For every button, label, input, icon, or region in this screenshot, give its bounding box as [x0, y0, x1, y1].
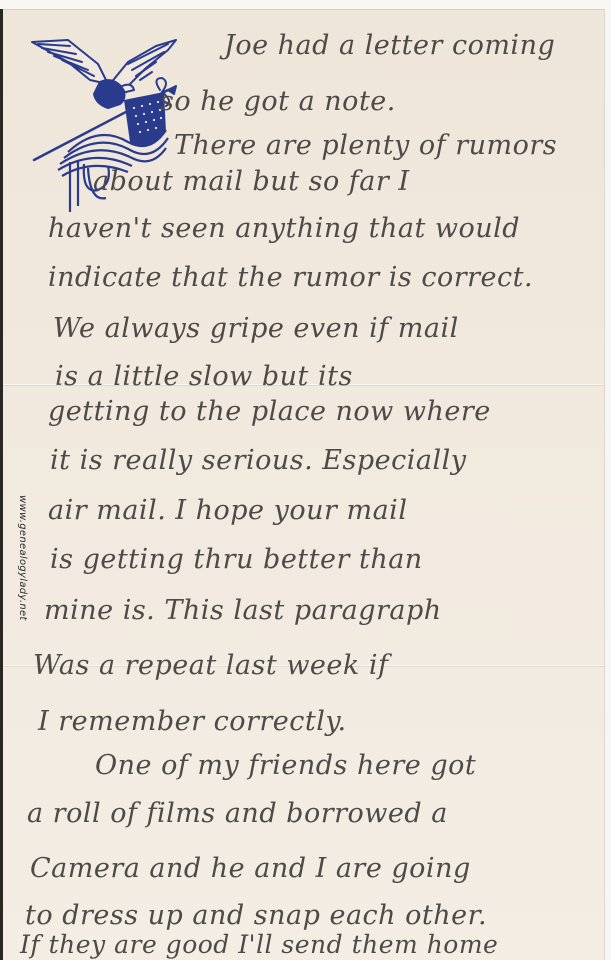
letter-line: so he got a note.: [160, 88, 396, 115]
letter-line: If they are good I'll send them home: [20, 932, 498, 957]
letter-line: One of my friends here got: [95, 752, 476, 779]
letter-line: haven't seen anything that would: [48, 215, 520, 242]
letter-line: getting to the place now where: [48, 398, 491, 425]
letter-line: We always gripe even if mail: [53, 315, 459, 342]
watermark-url: www.genealogylady.net: [17, 495, 28, 621]
scan-right-margin: [604, 9, 611, 960]
letter-line: is getting thru better than: [50, 546, 423, 573]
letter-line: Joe had a letter coming: [224, 32, 555, 59]
letter-line: Was a repeat last week if: [33, 652, 388, 679]
letter-line: I remember correctly.: [38, 708, 347, 735]
scan-top-strip: [0, 0, 611, 9]
letter-line: is a little slow but its: [55, 363, 353, 390]
letter-line: There are plenty of rumors: [174, 132, 557, 159]
letter-line: to dress up and snap each other.: [25, 902, 487, 929]
letter-line: indicate that the rumor is correct.: [48, 264, 533, 291]
letter-line: about mail but so far I: [93, 168, 410, 195]
letter-line: a roll of films and borrowed a: [27, 800, 448, 827]
letter-line: Camera and he and I are going: [30, 855, 471, 882]
letter-line: mine is. This last paragraph: [44, 597, 442, 624]
letter-line: it is really serious. Especially: [50, 447, 466, 474]
letter-line: air mail. I hope your mail: [48, 497, 407, 524]
